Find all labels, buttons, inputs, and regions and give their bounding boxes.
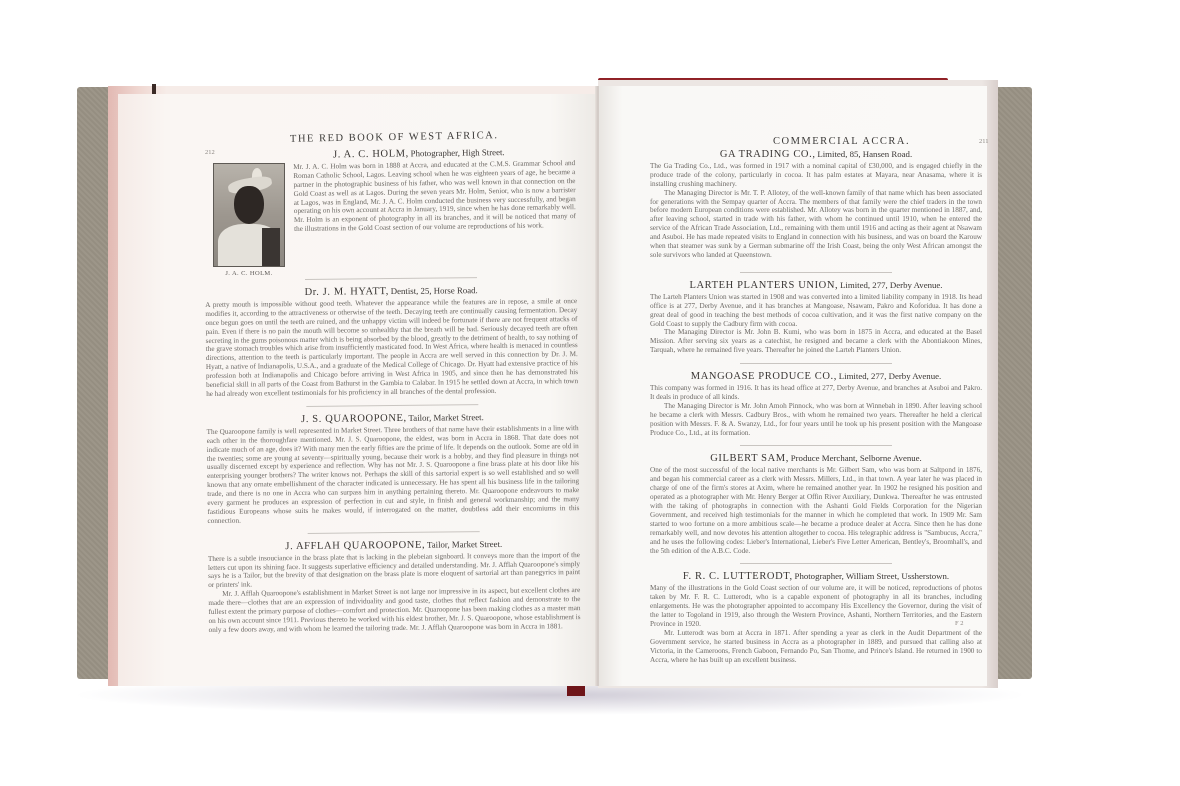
entry-paragraph: One of the most successful of the local … [650, 466, 982, 555]
divider [308, 531, 479, 534]
entry-paragraph: A pretty mouth is impossible without goo… [205, 297, 578, 399]
left-page-number: 212 [205, 149, 215, 156]
entry-paragraph: The Quaroopone family is well represente… [207, 424, 580, 526]
photo-caption: J. A. C. HOLM. [213, 270, 285, 277]
entry-title: GILBERT SAM, Produce Merchant, Selborne … [650, 454, 982, 464]
right-page-content: GA TRADING CO., Limited, 85, Hansen Road… [650, 150, 982, 665]
divider [740, 445, 893, 446]
divider [740, 563, 893, 564]
entry-title: LARTEH PLANTERS UNION, Limited, 277, Der… [650, 281, 982, 291]
right-page-number: 211 [979, 138, 989, 145]
entry-paragraph: Mr. Lutterodt was born at Accra in 1871.… [650, 629, 982, 665]
entry-holm: J. A. C. HOLM, Photographer, High Street… [293, 147, 576, 234]
divider [740, 272, 893, 273]
entry-paragraph: There is a subtle insouciance in the bra… [208, 551, 580, 591]
bookmark-ribbon [567, 686, 585, 696]
entry-paragraph: Many of the illustrations in the Gold Co… [650, 584, 982, 629]
entry-paragraph: The Managing Director is Mr. John B. Kum… [650, 328, 982, 355]
entry-title: MANGOASE PRODUCE CO., Limited, 277, Derb… [650, 372, 982, 382]
portrait-photograph-icon [213, 163, 285, 267]
entry-title: GA TRADING CO., Limited, 85, Hansen Road… [650, 150, 982, 160]
entry-paragraph: Mr. J. A. C. Holm was born in 1888 at Ac… [293, 159, 576, 234]
divider [740, 363, 893, 364]
divider [307, 404, 478, 407]
entry-paragraph: Mr. J. Afflah Quaroopone's establishment… [208, 586, 580, 634]
entry-paragraph: The Managing Director is Mr. John Amoh P… [650, 402, 982, 438]
entry-hyatt: Dr. J. M. HYATT, Dentist, 25, Horse Road… [205, 276, 581, 635]
right-running-head: COMMERCIAL ACCRA. [773, 136, 910, 147]
entry-title: F. R. C. LUTTERODT, Photographer, Willia… [650, 572, 982, 582]
entry-paragraph: The Ga Trading Co., Ltd., was formed in … [650, 162, 982, 189]
entry-paragraph: This company was formed in 1916. It has … [650, 384, 982, 402]
entry-paragraph: The Larteh Planters Union was started in… [650, 293, 982, 329]
entry-paragraph: The Managing Director is Mr. T. P. Allot… [650, 189, 982, 260]
signature-mark: F 2 [955, 620, 964, 627]
